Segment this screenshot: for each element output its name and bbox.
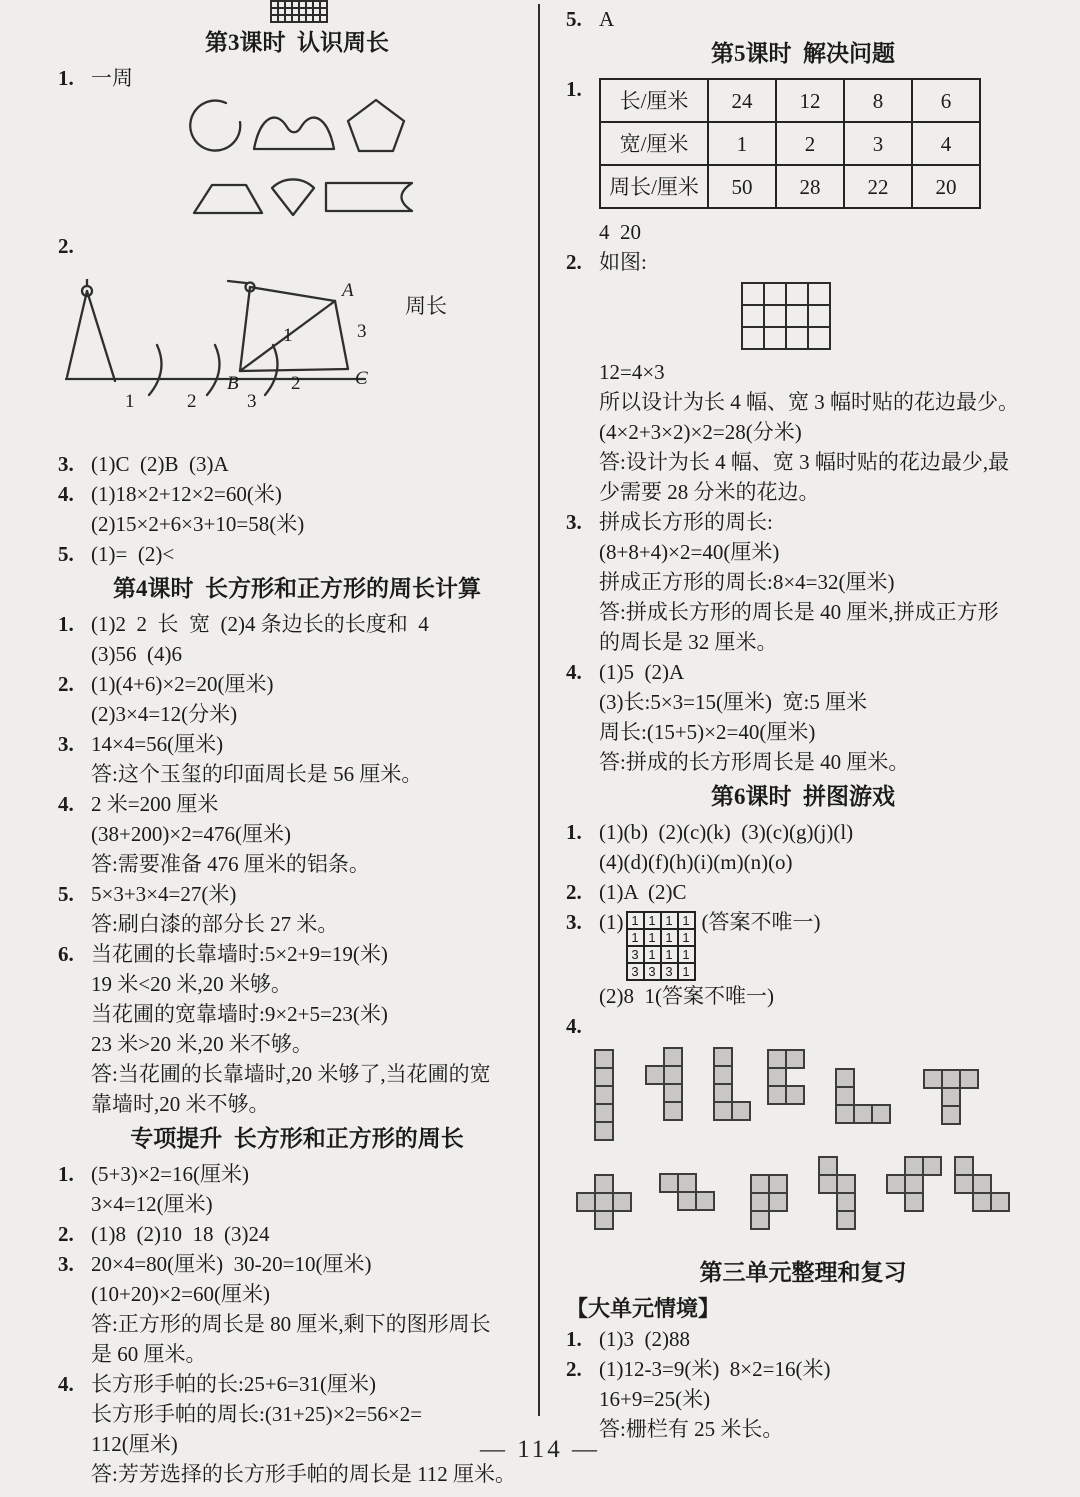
answer-line: 4.(1)5 (2)A xyxy=(566,657,1040,687)
open-circle-shape xyxy=(190,101,240,151)
item-number: 5. xyxy=(58,879,91,909)
item-number: 2. xyxy=(566,1354,599,1384)
answer-text: 拼成长方形的周长: xyxy=(599,507,1040,537)
polyomino-cell xyxy=(836,1174,856,1194)
answer-line: 2.(1)(4+6)×2=20(厘米) xyxy=(58,669,536,699)
grid-cell xyxy=(764,305,786,327)
grid-cell xyxy=(786,327,808,349)
answer-line: 答:拼成长方形的周长是 40 厘米,拼成正方形 xyxy=(566,597,1040,627)
answer-text: 4 20 xyxy=(599,217,1040,247)
section-heading: 第3课时 认识周长 xyxy=(58,26,536,60)
table-cell: 22 xyxy=(844,165,912,208)
item-number: 2. xyxy=(58,1219,91,1249)
table-row: 周长/厘米50282220 xyxy=(600,165,980,208)
grid-cell xyxy=(786,305,808,327)
compass-figure: 1 2 3 A B C 1 3 2 周长 xyxy=(65,279,510,419)
polyomino-cell xyxy=(818,1156,838,1176)
answer-text: 23 米>20 米,20 米不够。 xyxy=(91,1029,536,1059)
grid-cell xyxy=(313,15,320,22)
item-number: 1. xyxy=(58,63,91,93)
polyomino-cell xyxy=(750,1210,770,1230)
polyomino-cell xyxy=(954,1174,974,1194)
notched-rectangle-shape xyxy=(326,183,412,211)
answer-text: (答案不唯一) xyxy=(702,907,821,937)
answer-text: 靠墙时,20 米不够。 xyxy=(91,1089,536,1119)
item-number: 4. xyxy=(566,1011,599,1041)
grid-cell: 1 xyxy=(678,946,695,963)
answer-text: A xyxy=(599,4,1040,34)
answer-text: 答:设计为长 4 幅、宽 3 幅时贴的花边最少,最 xyxy=(599,447,1040,477)
side-label-1: 1 xyxy=(283,325,293,346)
answer-line: 1.(1)3 (2)88 xyxy=(566,1324,1040,1354)
answer-line: 答:这个玉玺的印面周长是 56 厘米。 xyxy=(58,759,536,789)
answer-text: (4)(d)(f)(h)(i)(m)(n)(o) xyxy=(599,847,1040,877)
answer-text: (1)3 (2)88 xyxy=(599,1324,1040,1354)
answer-line: 拼成正方形的周长:8×4=32(厘米) xyxy=(566,567,1040,597)
grid43-figure-wrap xyxy=(566,282,1040,350)
answer-text: (1)(4+6)×2=20(厘米) xyxy=(91,669,536,699)
answer-line: 5.5×3+3×4=27(米) xyxy=(58,879,536,909)
answer-text: (2)15×2+6×3+10=58(米) xyxy=(91,509,536,539)
answer-line: 答:需要准备 476 厘米的铝条。 xyxy=(58,849,536,879)
pentagon-shape xyxy=(348,100,404,151)
answer-text: 答:拼成长方形的周长是 40 厘米,拼成正方形 xyxy=(599,597,1040,627)
polyomino-cell xyxy=(768,1174,788,1194)
answer-line: 1.(1)2 2 长 宽 (2)4 条边长的长度和 4 xyxy=(58,609,536,639)
answer-line: 周长:(15+5)×2=40(厘米) xyxy=(566,717,1040,747)
answer-text: 答:刷白漆的部分长 27 米。 xyxy=(91,909,536,939)
item-number: 1. xyxy=(58,609,91,639)
grid-cell: 1 xyxy=(678,963,695,980)
answer-text: 答:当花圃的长靠墙时,20 米够了,当花圃的宽 xyxy=(91,1059,536,1089)
table-cell: 28 xyxy=(776,165,844,208)
polyomino-cell xyxy=(785,1049,805,1069)
answer-line: 2.(1)12-3=9(米) 8×2=16(米) xyxy=(566,1354,1040,1384)
polyomino-cell xyxy=(904,1192,924,1212)
grid-cell: 1 xyxy=(644,912,661,929)
polyominoes-figure xyxy=(576,1045,1021,1253)
grid-cell: 1 xyxy=(644,929,661,946)
polyomino-cell xyxy=(886,1174,906,1194)
compass-icon xyxy=(67,279,115,381)
polyomino-cell xyxy=(972,1174,992,1194)
grid-cell xyxy=(306,15,313,22)
answer-line: 6.当花圃的长靠墙时:5×2+9=19(米) xyxy=(58,939,536,969)
item-number: 3. xyxy=(58,1249,91,1279)
polyomino-cell xyxy=(695,1191,715,1211)
grid-cell xyxy=(271,1,278,8)
shapes-figure-wrap xyxy=(58,95,536,217)
item-number: 3. xyxy=(58,729,91,759)
answer-line: (3)长:5×3=15(厘米) 宽:5 厘米 xyxy=(566,687,1040,717)
answer-text: (1)(b) (2)(c)(k) (3)(c)(g)(j)(l) xyxy=(599,817,1040,847)
grid-cell xyxy=(742,327,764,349)
polyomino-cell xyxy=(594,1174,614,1194)
polyomino-cell xyxy=(663,1065,683,1085)
answer-line: 3.20×4=80(厘米) 30-20=10(厘米) xyxy=(58,1249,536,1279)
answer-text: (1)8 (2)10 18 (3)24 xyxy=(91,1219,536,1249)
item-number: 2. xyxy=(566,247,599,277)
arc-mark-1 xyxy=(149,345,162,395)
answer-text: 答:这个玉玺的印面周长是 56 厘米。 xyxy=(91,759,536,789)
grid-cell xyxy=(285,8,292,15)
grid-cell xyxy=(278,8,285,15)
grid-cell xyxy=(299,1,306,8)
answer-text: 14×4=56(厘米) xyxy=(91,729,536,759)
grid-cell xyxy=(786,283,808,305)
trapezoid-shape xyxy=(194,185,262,213)
polyomino-cell xyxy=(594,1210,614,1230)
answer-text: (4×2+3×2)×2=28(分米) xyxy=(599,417,1040,447)
answer-line: 1.长/厘米241286宽/厘米1234周长/厘米50282220 xyxy=(566,74,1040,217)
polyomino-cell xyxy=(941,1087,961,1107)
answer-text: (8+8+4)×2=40(厘米) xyxy=(599,537,1040,567)
answer-text: 长方形手帕的长:25+6=31(厘米) xyxy=(91,1369,536,1399)
item-number: 1. xyxy=(566,74,599,104)
table-cell: 20 xyxy=(912,165,980,208)
grid-cell xyxy=(292,1,299,8)
polyomino-cell xyxy=(594,1085,614,1105)
answer-line: 答:正方形的周长是 80 厘米,剩下的图形周长 xyxy=(58,1309,536,1339)
polyomino-cell xyxy=(594,1121,614,1141)
answer-text: 2 米=200 厘米 xyxy=(91,789,536,819)
polyomino-cell xyxy=(576,1192,596,1212)
answer-line: 4.2 米=200 厘米 xyxy=(58,789,536,819)
grid-cell xyxy=(764,283,786,305)
answer-text: (38+200)×2=476(厘米) xyxy=(91,819,536,849)
vertex-label-a: A xyxy=(340,280,354,301)
polyomino-cell xyxy=(835,1104,855,1124)
grid-figure-top xyxy=(270,0,328,23)
answer-line: 2.如图: xyxy=(566,247,1040,277)
polyomino-cell xyxy=(853,1104,873,1124)
answer-text: 答:拼成的长方形周长是 40 厘米。 xyxy=(599,747,1040,777)
grid-cell xyxy=(285,15,292,22)
grid-cell: 1 xyxy=(627,929,644,946)
item-number: 2. xyxy=(566,877,599,907)
polyomino-cell xyxy=(713,1101,733,1121)
polyomino-cell xyxy=(941,1069,961,1089)
answer-text: (1)2 2 长 宽 (2)4 条边长的长度和 4 xyxy=(91,609,536,639)
answer-text: (2)3×4=12(分米) xyxy=(91,699,536,729)
table-cell: 周长/厘米 xyxy=(600,165,708,208)
table-cell: 50 xyxy=(708,165,776,208)
polyomino-cell xyxy=(922,1156,942,1176)
grid-cell: 3 xyxy=(644,963,661,980)
vertex-label-b: B xyxy=(227,373,239,394)
answer-text: 答:需要准备 476 厘米的铝条。 xyxy=(91,849,536,879)
grid-cell: 3 xyxy=(627,963,644,980)
grid-cell xyxy=(808,305,830,327)
answer-text: (1)12-3=9(米) 8×2=16(米) xyxy=(599,1354,1040,1384)
grid-cell: 1 xyxy=(661,929,678,946)
polyomino-cell xyxy=(767,1049,787,1069)
item-number: 4. xyxy=(58,789,91,819)
answer-text: 周长:(15+5)×2=40(厘米) xyxy=(599,717,1040,747)
polyomino-cell xyxy=(663,1083,683,1103)
item-number: 4. xyxy=(566,657,599,687)
grid-cell xyxy=(808,327,830,349)
answer-text: 当花圃的长靠墙时:5×2+9=19(米) xyxy=(91,939,536,969)
answer-line: 4.长方形手帕的长:25+6=31(厘米) xyxy=(58,1369,536,1399)
item-number: 6. xyxy=(58,939,91,969)
answer-line: (2)3×4=12(分米) xyxy=(58,699,536,729)
table-cell: 12 xyxy=(776,79,844,122)
polyomino-cell xyxy=(594,1049,614,1069)
answer-line: 3.(1)C (2)B (3)A xyxy=(58,449,536,479)
answer-line: 5.A xyxy=(566,4,1040,34)
perimeter-shapes-figure xyxy=(186,95,516,217)
polyomino-cell xyxy=(959,1069,979,1089)
compass-icon-small xyxy=(228,281,335,371)
polyomino-cell xyxy=(835,1086,855,1106)
answer-line: 2. 1 2 3 A B C 1 3 2 周长 xyxy=(58,219,536,449)
page-number: — 114 — xyxy=(0,1436,1080,1464)
answer-line: 4 20 xyxy=(566,217,1040,247)
grid-cell: 1 xyxy=(644,946,661,963)
item-number: 2. xyxy=(58,231,91,261)
answer-text: 拼成正方形的周长:8×4=32(厘米) xyxy=(599,567,1040,597)
polyomino-cell xyxy=(767,1085,787,1105)
polyomino-cell xyxy=(663,1101,683,1121)
answer-line: (2)15×2+6×3+10=58(米) xyxy=(58,509,536,539)
polyomino-cell xyxy=(750,1174,770,1194)
answer-text: (1)C (2)B (3)A xyxy=(91,449,536,479)
grid-cell xyxy=(764,327,786,349)
answer-line: 答:拼成的长方形周长是 40 厘米。 xyxy=(566,747,1040,777)
polyomino-cell xyxy=(594,1103,614,1123)
grid-cell xyxy=(278,15,285,22)
answer-line: (8+8+4)×2=40(厘米) xyxy=(566,537,1040,567)
workbook-page: 第3课时 认识周长1.一周 2. 1 2 3 xyxy=(0,0,1080,1497)
answer-line: (2)8 1(答案不唯一) xyxy=(566,981,1040,1011)
answer-line: (4)(d)(f)(h)(i)(m)(n)(o) xyxy=(566,847,1040,877)
vertex-label-c: C xyxy=(355,368,368,389)
polyomino-cell xyxy=(677,1173,697,1193)
item-number: 1. xyxy=(58,1159,91,1189)
answer-line: 当花圃的宽靠墙时:9×2+5=23(米) xyxy=(58,999,536,1029)
answer-line: 3.拼成长方形的周长: xyxy=(566,507,1040,537)
answer-line: 是 60 厘米。 xyxy=(58,1339,536,1369)
section-label: 【大单元情境】 xyxy=(566,1293,1040,1324)
grid-cell: 3 xyxy=(661,963,678,980)
answer-line: 3.14×4=56(厘米) xyxy=(58,729,536,759)
answer-line: 靠墙时,20 米不够。 xyxy=(58,1089,536,1119)
polyomino-cell xyxy=(835,1068,855,1088)
answer-line: 答:设计为长 4 幅、宽 3 幅时贴的花边最少,最 xyxy=(566,447,1040,477)
answer-line: 23 米>20 米,20 米不够。 xyxy=(58,1029,536,1059)
table-cell: 3 xyxy=(844,122,912,165)
answer-text: (1)18×2+12×2=60(米) xyxy=(91,479,536,509)
answer-text: (3)56 (4)6 xyxy=(91,639,536,669)
grid-cell: 1 xyxy=(678,912,695,929)
table-cell: 2 xyxy=(776,122,844,165)
grid-cell xyxy=(313,8,320,15)
table-cell: 长/厘米 xyxy=(600,79,708,122)
fan-shape xyxy=(272,179,314,215)
answer-line: 4. xyxy=(566,1011,1040,1041)
tick-label-1: 1 xyxy=(125,391,135,412)
item-number: 4. xyxy=(58,1369,91,1399)
polyomino-cell xyxy=(663,1047,683,1067)
answer-line: 1.(1)(b) (2)(c)(k) (3)(c)(g)(j)(l) xyxy=(566,817,1040,847)
polyomino-cell xyxy=(972,1192,992,1212)
grid-cell: 3 xyxy=(627,946,644,963)
side-label-2: 2 xyxy=(291,373,301,394)
poly-figure-wrap xyxy=(566,1045,1040,1253)
table-cell: 4 xyxy=(912,122,980,165)
grid-cell xyxy=(306,8,313,15)
answer-text: 一周 xyxy=(91,63,536,93)
table-cell: 宽/厘米 xyxy=(600,122,708,165)
answer-line: 长方形手帕的周长:(31+25)×2=56×2= xyxy=(58,1399,536,1429)
answer-table: 长/厘米241286宽/厘米1234周长/厘米50282220 xyxy=(599,78,981,209)
grid-cell xyxy=(313,1,320,8)
table-cell: 1 xyxy=(708,122,776,165)
polyomino-cell xyxy=(594,1067,614,1087)
item-number: 4. xyxy=(58,479,91,509)
grid-cell: 1 xyxy=(661,912,678,929)
triangle-figure xyxy=(240,301,348,371)
grid-cell xyxy=(278,1,285,8)
answer-line: (10+20)×2=60(厘米) xyxy=(58,1279,536,1309)
item-number: 3. xyxy=(58,449,91,479)
answer-text: 16+9=25(米) xyxy=(599,1384,1040,1414)
answer-text: (1)A (2)C xyxy=(599,877,1040,907)
grid-cell xyxy=(292,8,299,15)
polyomino-cell xyxy=(713,1047,733,1067)
answer-text: 是 60 厘米。 xyxy=(91,1339,536,1369)
grid-cell xyxy=(306,1,313,8)
polyomino-cell xyxy=(713,1083,733,1103)
answer-text: 19 米<20 米,20 米够。 xyxy=(91,969,536,999)
item-number: 2. xyxy=(58,669,91,699)
answer-text: 少需要 28 分米的花边。 xyxy=(599,477,1040,507)
item-number: 1. xyxy=(566,1324,599,1354)
polyomino-cell xyxy=(785,1085,805,1105)
answer-text: (1)= (2)< xyxy=(91,539,536,569)
answer-line: 19 米<20 米,20 米够。 xyxy=(58,969,536,999)
answer-text: 如图: xyxy=(599,247,1040,277)
arc-mark-2 xyxy=(207,345,220,395)
grid-cell xyxy=(292,15,299,22)
answer-line: 答:当花圃的长靠墙时,20 米够了,当花圃的宽 xyxy=(58,1059,536,1089)
answer-text: 20×4=80(厘米) 30-20=10(厘米) xyxy=(91,1249,536,1279)
polyomino-cell xyxy=(612,1192,632,1212)
answer-line: 5.(1)= (2)< xyxy=(58,539,536,569)
answer-text: (5+3)×2=16(厘米) xyxy=(91,1159,536,1189)
answer-line: 1.一周 xyxy=(58,63,536,93)
polyomino-cell xyxy=(904,1174,924,1194)
perimeter-caption: 周长 xyxy=(405,294,447,318)
answer-text: 长方形手帕的周长:(31+25)×2=56×2= xyxy=(91,1399,536,1429)
item-number: 3. xyxy=(566,907,599,937)
polyomino-cell xyxy=(836,1192,856,1212)
table-row: 长/厘米241286 xyxy=(600,79,980,122)
grid-cell: 1 xyxy=(627,912,644,929)
section-heading: 第4课时 长方形和正方形的周长计算 xyxy=(58,572,536,606)
answer-text: 当花圃的宽靠墙时:9×2+5=23(米) xyxy=(91,999,536,1029)
gridtop-figure-wrap xyxy=(58,0,536,23)
answer-line: 少需要 28 分米的花边。 xyxy=(566,477,1040,507)
table-row: 宽/厘米1234 xyxy=(600,122,980,165)
answer-line: 的周长是 32 厘米。 xyxy=(566,627,1040,657)
item-number: 3. xyxy=(566,507,599,537)
section-heading: 第5课时 解决问题 xyxy=(566,37,1040,71)
grid-cell: 1 xyxy=(678,929,695,946)
answer-text: (3)长:5×3=15(厘米) 宽:5 厘米 xyxy=(599,687,1040,717)
polyomino-cell xyxy=(659,1173,679,1193)
left-column: 第3课时 认识周长1.一周 2. 1 2 3 xyxy=(58,0,536,1489)
polyomino-cell xyxy=(990,1192,1010,1212)
polyomino-cell xyxy=(750,1192,770,1212)
answer-line: (4×2+3×2)×2=28(分米) xyxy=(566,417,1040,447)
side-label-3: 3 xyxy=(357,321,367,342)
grid-cell xyxy=(271,8,278,15)
polyomino-cell xyxy=(768,1192,788,1212)
answer-text: (1) xyxy=(599,907,624,937)
polyomino-cell xyxy=(923,1069,943,1089)
item-number: 5. xyxy=(566,4,599,34)
answer-line: 2.(1)8 (2)10 18 (3)24 xyxy=(58,1219,536,1249)
polyomino-cell xyxy=(731,1101,751,1121)
grid-cell xyxy=(320,15,327,22)
tick-label-2: 2 xyxy=(187,391,197,412)
item-number: 5. xyxy=(58,539,91,569)
section-heading: 第6课时 拼图游戏 xyxy=(566,780,1040,814)
polyomino-cell xyxy=(594,1192,614,1212)
tick-label-3: 3 xyxy=(247,391,257,412)
answer-text: 12=4×3 xyxy=(599,357,1040,387)
grid-cell xyxy=(299,8,306,15)
grid-cell xyxy=(299,15,306,22)
item-number: 1. xyxy=(566,817,599,847)
column-divider xyxy=(538,4,540,1416)
polyomino-cell xyxy=(941,1105,961,1125)
answer-line: 1.(5+3)×2=16(厘米) xyxy=(58,1159,536,1189)
grid-cell xyxy=(742,305,764,327)
grid-cell xyxy=(285,1,292,8)
answer-text: (2)8 1(答案不唯一) xyxy=(599,981,1040,1011)
answer-text: 5×3+3×4=27(米) xyxy=(91,879,536,909)
table-cell: 8 xyxy=(844,79,912,122)
answer-line: 3×4=12(厘米) xyxy=(58,1189,536,1219)
right-column: 5.A第5课时 解决问题1.长/厘米241286宽/厘米1234周长/厘米502… xyxy=(552,4,1040,1444)
polyomino-cell xyxy=(836,1210,856,1230)
answer-text: 答:正方形的周长是 80 厘米,剩下的图形周长 xyxy=(91,1309,536,1339)
answer-text: (10+20)×2=60(厘米) xyxy=(91,1279,536,1309)
grid-cell: 1 xyxy=(661,946,678,963)
table-cell: 6 xyxy=(912,79,980,122)
answer-line: 12=4×3 xyxy=(566,357,1040,387)
answer-line: 3.(1)1111111131113331(答案不唯一) xyxy=(566,907,1040,981)
polyomino-cell xyxy=(904,1156,924,1176)
polyomino-cell xyxy=(954,1156,974,1176)
numbered-grid: 1111111131113331 xyxy=(626,911,696,981)
polyomino-cell xyxy=(645,1065,665,1085)
answer-line: 所以设计为长 4 幅、宽 3 幅时贴的花边最少。 xyxy=(566,387,1040,417)
answer-line: 16+9=25(米) xyxy=(566,1384,1040,1414)
polyomino-cell xyxy=(713,1065,733,1085)
grid-figure-4x3 xyxy=(741,282,831,350)
answer-line: 4.(1)18×2+12×2=60(米) xyxy=(58,479,536,509)
polyomino-cell xyxy=(818,1174,838,1194)
section-heading: 专项提升 长方形和正方形的周长 xyxy=(58,1122,536,1156)
answer-line: (38+200)×2=476(厘米) xyxy=(58,819,536,849)
grid-cell xyxy=(320,8,327,15)
answer-text: 3×4=12(厘米) xyxy=(91,1189,536,1219)
table-cell: 24 xyxy=(708,79,776,122)
